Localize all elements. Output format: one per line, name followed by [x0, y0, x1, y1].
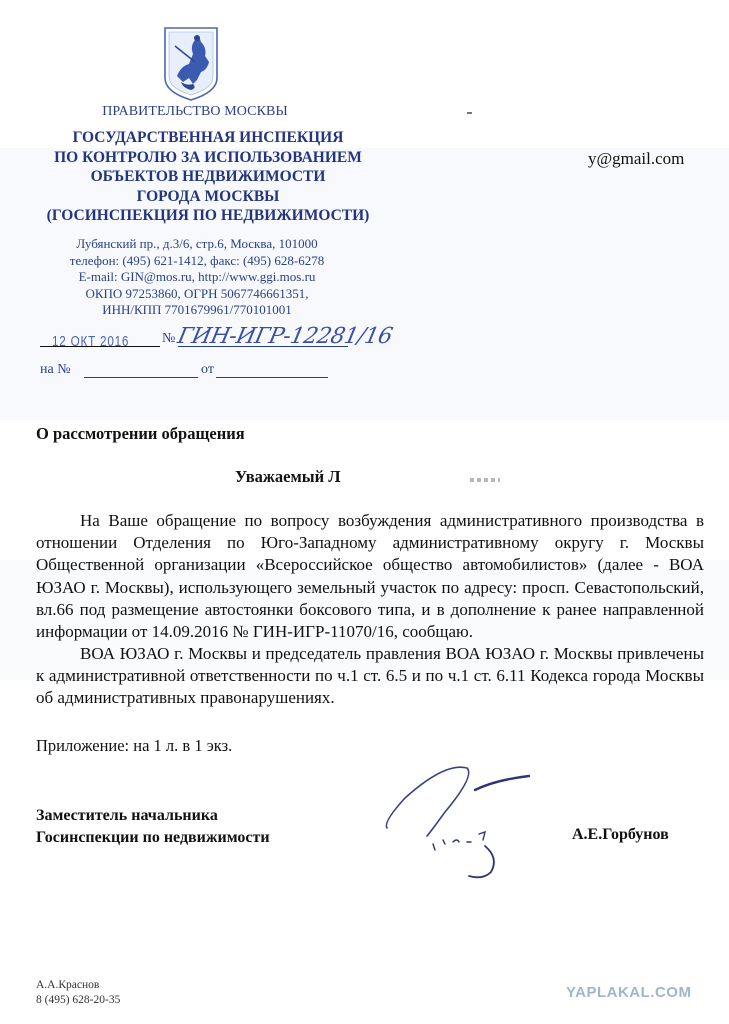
- executor-phone: 8 (495) 628-20-35: [36, 993, 120, 1008]
- government-name: ПРАВИТЕЛЬСТВО МОСКВЫ: [0, 104, 390, 120]
- executor-name: А.А.Краснов: [36, 978, 120, 993]
- organization-line: ПО КОНТРОЛЮ ЗА ИСПОЛЬЗОВАНИЕМ: [0, 148, 416, 168]
- number-label: №: [162, 331, 175, 347]
- address-line: Лубянский пр., д.3/6, стр.6, Москва, 101…: [0, 236, 394, 253]
- organization-contacts: Лубянский пр., д.3/6, стр.6, Москва, 101…: [0, 236, 394, 319]
- letter-subject: О рассмотрении обращения: [36, 424, 245, 444]
- signer-title-line: Госинспекции по недвижимости: [36, 827, 270, 849]
- signer-title-line: Заместитель начальника: [36, 805, 270, 827]
- paragraph-text: ВОА ЮЗАО г. Москвы и председатель правле…: [36, 643, 704, 710]
- paragraph-text: На Ваше обращение по вопросу возбуждения…: [36, 510, 704, 643]
- moscow-coat-of-arms-icon: [163, 26, 219, 102]
- organization-name: ГОСУДАРСТВЕННАЯ ИНСПЕКЦИЯ ПО КОНТРОЛЮ ЗА…: [0, 128, 416, 226]
- letter-body-paragraph: На Ваше обращение по вопросу возбуждения…: [36, 510, 704, 643]
- organization-line: ГОСУДАРСТВЕННАЯ ИНСПЕКЦИЯ: [0, 128, 416, 148]
- number-underline: [178, 346, 348, 347]
- organization-line: ГОРОДА МОСКВЫ: [0, 187, 416, 207]
- reply-to-blank-line: [84, 377, 198, 378]
- phone-line: телефон: (495) 621-1412, факс: (495) 628…: [0, 253, 394, 270]
- email-line: E-mail: GIN@mos.ru, http://www.ggi.mos.r…: [0, 269, 394, 286]
- executor-info: А.А.Краснов 8 (495) 628-20-35: [36, 978, 120, 1007]
- date-stamp: 12 ОКТ 2016: [52, 333, 129, 350]
- greeting: Уважаемый Л: [235, 467, 341, 487]
- from-label: от: [201, 362, 214, 378]
- handwritten-signature-icon: [375, 762, 535, 882]
- recipient-email: y@gmail.com: [588, 149, 684, 169]
- reply-to-label: на №: [40, 362, 71, 378]
- date-underline: [40, 346, 160, 347]
- letter-body-paragraph: ВОА ЮЗАО г. Москвы и председатель правле…: [36, 643, 704, 710]
- attachment-note: Приложение: на 1 л. в 1 экз.: [36, 736, 232, 756]
- redacted-mark: [467, 112, 472, 114]
- signer-name: А.Е.Горбунов: [572, 826, 669, 844]
- inn-line: ИНН/КПП 7701679961/770101001: [0, 302, 394, 319]
- okpo-line: ОКПО 97253860, ОГРН 5067746661351,: [0, 286, 394, 303]
- from-blank-line: [216, 377, 328, 378]
- signer-title: Заместитель начальника Госинспекции по н…: [36, 805, 270, 849]
- organization-line: ОБЪЕКТОВ НЕДВИЖИМОСТИ: [0, 167, 416, 187]
- redacted-name: [470, 478, 500, 482]
- site-watermark: YAPLAKAL.COM: [566, 984, 691, 1001]
- organization-line: (ГОСИНСПЕКЦИЯ ПО НЕДВИЖИМОСТИ): [0, 206, 416, 226]
